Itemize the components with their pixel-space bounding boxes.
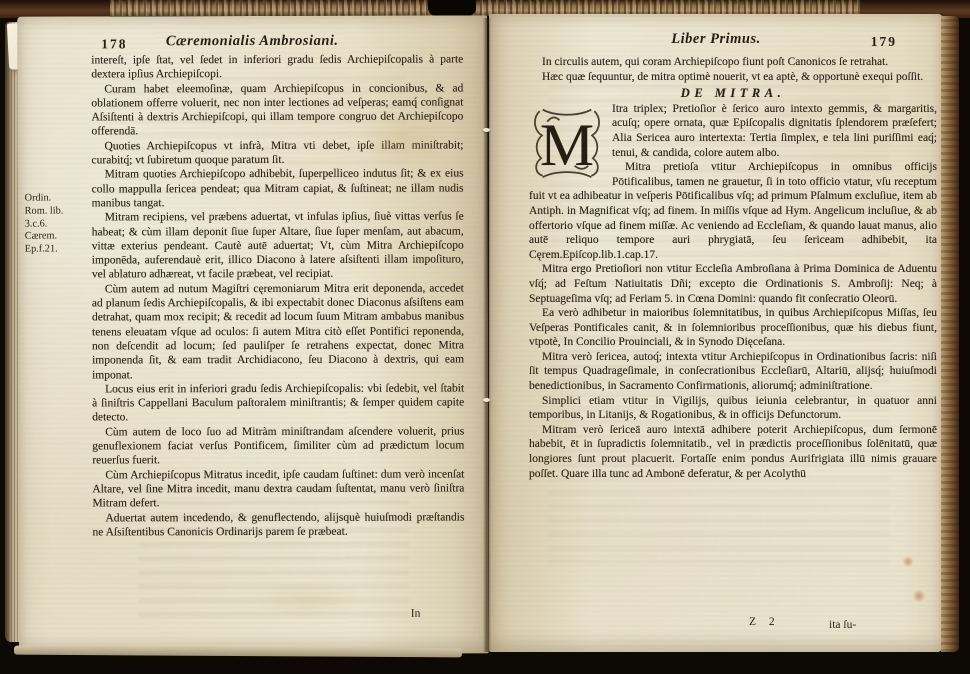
right-text-column: In circulis autem, qui coram Archiepiſco… [529, 55, 937, 481]
catchword-left: In [411, 608, 421, 620]
body-paragraph: Hæc quæ ſequuntur, de mitra optimè nouer… [529, 70, 937, 85]
body-paragraph: Cùm autem ad nutum Magiſtri cęremoniarum… [92, 281, 464, 382]
drop-cap-paragraph-text: Itra triplex; Pretioſior è ſerico auro i… [612, 103, 937, 159]
ornate-initial-frame: M [529, 104, 605, 182]
binding-corner-left [0, 0, 110, 18]
gutter-seam [483, 18, 491, 652]
running-title-left: Cæremonialis Ambrosiani. [17, 32, 487, 50]
catchword-right: ita ſu- [829, 619, 856, 631]
body-paragraph: intereſt, ipſe ſtat, vel ſedet in inferi… [91, 52, 463, 82]
body-paragraph: Simplici etiam vtitur in Vigilijs, quibu… [529, 394, 937, 423]
margin-note: Ordin. Rom. lib. 3.c.6. Cærem. Ep.f.21. [25, 192, 89, 256]
body-paragraph: Curam habet eleemoſinæ, quam Archiepiſco… [91, 81, 463, 139]
page-number-right: 179 [871, 34, 897, 50]
body-paragraph: Mitra ergo Pretioſiori non vtitur Eccleſ… [529, 262, 937, 306]
body-paragraph: Mitra verò ſericea, autoq́; intexta vtit… [529, 350, 937, 394]
page-fore-edges-right [941, 16, 959, 652]
binding-stitch [483, 128, 490, 132]
body-paragraph: Locus eius erit in inferiori gradu ſedis… [92, 381, 464, 425]
binding-stitch [483, 398, 490, 402]
section-heading: DE MITRA. [529, 86, 937, 101]
left-page: 178 Cæremonialis Ambrosiani. Ordin. Rom.… [17, 15, 489, 654]
signature-mark: Z 2 [749, 616, 780, 628]
drop-cap-letter: M [540, 112, 594, 179]
right-page: Liber Primus. 179 In circulis autem, qui… [489, 14, 943, 652]
left-text-column: intereſt, ipſe ſtat, vel ſedet in inferi… [91, 52, 464, 539]
body-paragraph: Cùm Archiepiſcopus Mitratus incedit, ipſ… [92, 467, 464, 511]
body-paragraph: Quoties Archiepiſcopus vt infrà, Mitra v… [91, 138, 463, 168]
body-paragraph: Mitram recipiens, vel præbens aduertat, … [92, 210, 464, 282]
body-paragraph: In circulis autem, qui coram Archiepiſco… [529, 55, 937, 70]
body-paragraph: Ea verò adhibetur in maioribus ſolemnita… [529, 306, 937, 350]
body-paragraph: Cùm autem de loco ſuo ad Mitràm miniſtra… [92, 424, 464, 468]
page-edge-bottom [14, 646, 462, 658]
drop-cap-paragraph: M Itra triplex; Pretioſior è ſerico auro… [529, 102, 937, 160]
spine-notch [428, 0, 476, 16]
body-paragraph: Mitram quoties Archiepiſcopo adhibebit, … [92, 167, 464, 211]
body-paragraph: Aduertat autem incedendo, & genuflectend… [92, 510, 464, 540]
body-paragraph: Mitram verò ſericeā auro intextā adhiber… [529, 423, 937, 481]
book-photo: 178 Cæremonialis Ambrosiani. Ordin. Rom.… [0, 0, 970, 674]
